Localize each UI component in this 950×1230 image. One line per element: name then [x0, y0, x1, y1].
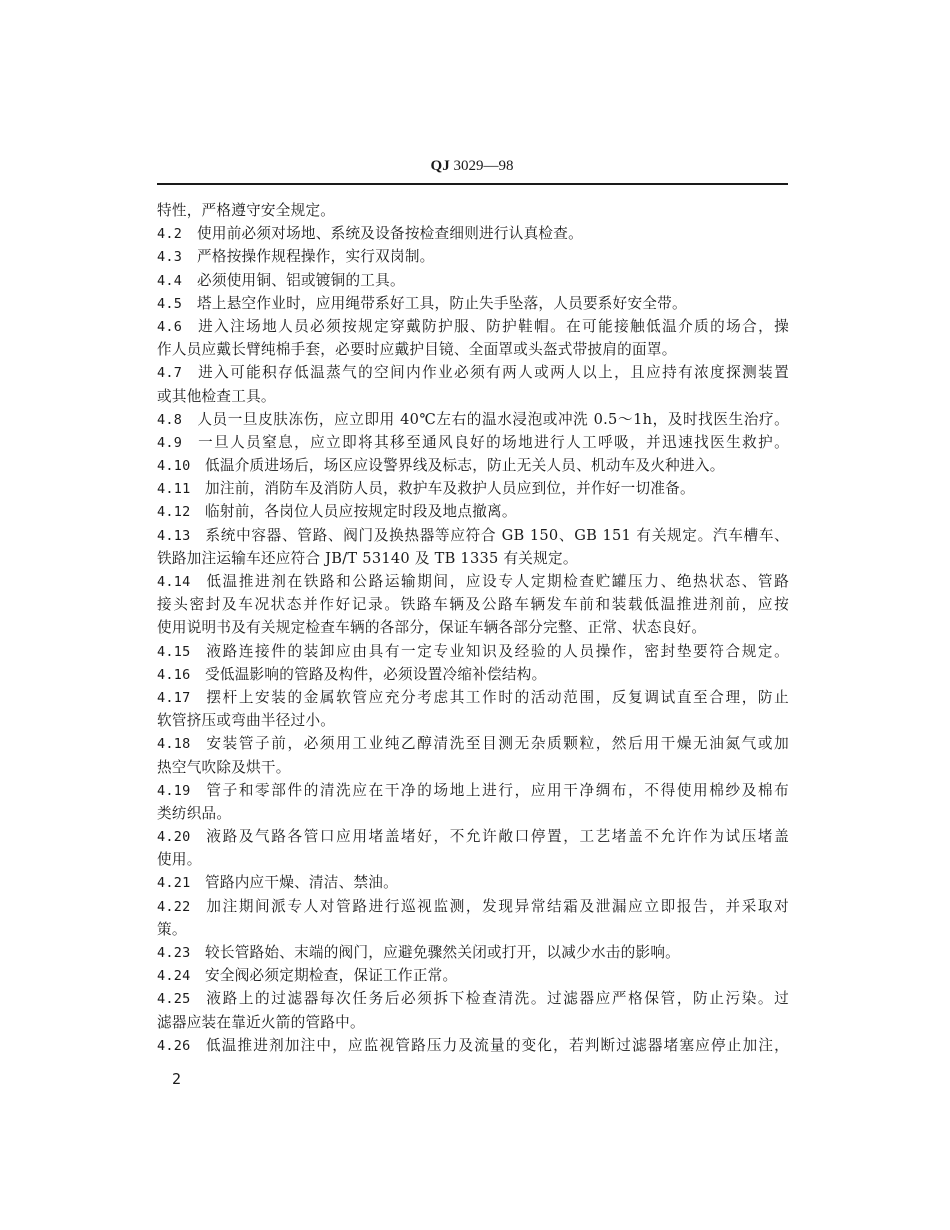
clause-text: 较长管路始、末端的阀门，应避免骤然关闭或打开，以减少水击的影响。	[205, 944, 680, 961]
clause-line: 4.19管子和零部件的清洗应在干净的场地上进行，应用干净绸布，不得使用棉纱及棉布	[157, 779, 789, 802]
clause-line: 4.13系统中容器、管路、阀门及换热器等应符合 GB 150、GB 151 有关…	[157, 524, 789, 547]
clause-line: 4.9一旦人员窒息，应立即将其移至通风良好的场地进行人工呼吸，并迅速找医生救护。	[157, 431, 789, 454]
continuation-line: 热空气吹除及烘干。	[157, 756, 789, 779]
clause-line: 4.14低温推进剂在铁路和公路运输期间，应设专人定期检查贮罐压力、绝热状态、管路	[157, 570, 789, 593]
clause-line: 4.12临射前，各岗位人员应按规定时段及地点撤离。	[157, 500, 789, 523]
clause-number: 4.6	[157, 316, 185, 339]
continuation-line: 或其他检查工具。	[157, 385, 789, 408]
clause-number: 4.23	[157, 942, 193, 965]
clause-number: 4.21	[157, 872, 193, 895]
clause-text: 必须使用铜、铝或镀铜的工具。	[197, 272, 405, 289]
clause-text: 类纺织品。	[157, 805, 231, 822]
clause-line: 4.10低温介质进场后，场区应设警界线及标志，防止无关人员、机动车及火种进入。	[157, 454, 789, 477]
clause-text: 或其他检查工具。	[157, 388, 276, 405]
clause-line: 4.24安全阀必须定期检查，保证工作正常。	[157, 964, 789, 987]
clause-text: 管路内应干燥、清洁、禁油。	[205, 874, 398, 891]
clause-number: 4.8	[157, 409, 185, 432]
clause-text: 临射前，各岗位人员应按规定时段及地点撤离。	[205, 503, 517, 520]
clause-text: 摆杆上安装的金属软管应充分考虑其工作时的活动范围，反复调试直至合理，防止	[205, 689, 789, 706]
clause-line: 4.3严格按操作规程操作，实行双岗制。	[157, 245, 789, 268]
clause-number: 4.10	[157, 455, 193, 478]
continuation-line: 类纺织品。	[157, 802, 789, 825]
clause-text: 使用说明书及有关规定检查车辆的各部分，保证车辆各部分完整、正常、状态良好。	[157, 619, 706, 636]
clause-text: 严格按操作规程操作，实行双岗制。	[197, 248, 435, 265]
continuation-line: 作人员应戴长臂纯棉手套，必要时应戴护目镜、全面罩或头盔式带披肩的面罩。	[157, 338, 789, 361]
clause-text: 进入可能积存低温蒸气的空间内作业必须有两人或两人以上，且应持有浓度探测装置	[197, 364, 789, 381]
clause-number: 4.3	[157, 246, 185, 269]
continuation-line: 接头密封及车况状态并作好记录。铁路车辆及公路车辆发车前和装载低温推进剂前，应按	[157, 593, 789, 616]
document-body: 特性，严格遵守安全规定。4.2使用前必须对场地、系统及设备按检查细则进行认真检查…	[157, 199, 789, 1057]
continuation-line: 滤器应装在靠近火箭的管路中。	[157, 1011, 789, 1034]
clause-text: 加注期间派专人对管路进行巡视监测，发现异常结霜及泄漏应立即报告，并采取对	[205, 898, 789, 915]
clause-text: 软管挤压或弯曲半径过小。	[157, 712, 335, 729]
clause-text: 安装管子前，必须用工业纯乙醇清洗至目测无杂质颗粒，然后用干燥无油氮气或加	[205, 735, 789, 752]
clause-number: 4.26	[157, 1035, 193, 1058]
clause-text: 受低温影响的管路及构件，必须设置冷缩补偿结构。	[205, 666, 546, 683]
clause-text: 塔上悬空作业时，应用绳带系好工具，防止失手坠落，人员要系好安全带。	[197, 295, 687, 312]
clause-text: 策。	[157, 921, 187, 938]
clause-text: 一旦人员窒息，应立即将其移至通风良好的场地进行人工呼吸，并迅速找医生救护。	[197, 434, 789, 451]
clause-text: 铁路加注运输车还应符合 JB/T 53140 及 TB 1335 有关规定。	[157, 550, 578, 567]
clause-number: 4.18	[157, 733, 193, 756]
clause-line: 4.18安装管子前，必须用工业纯乙醇清洗至目测无杂质颗粒，然后用干燥无油氮气或加	[157, 732, 789, 755]
clause-number: 4.24	[157, 965, 193, 988]
clause-text: 液路上的过滤器每次任务后必须拆下检查清洗。过滤器应严格保管，防止污染。过	[205, 990, 789, 1007]
clause-text: 使用前必须对场地、系统及设备按检查细则进行认真检查。	[197, 225, 583, 242]
clause-text: 低温推进剂加注中，应监视管路压力及流量的变化，若判断过滤器堵塞应停止加注，	[205, 1037, 789, 1054]
clause-text: 液路及气路各管口应用堵盖堵好，不允许敞口停置，工艺堵盖不允许作为试压堵盖	[205, 828, 789, 845]
clause-number: 4.7	[157, 362, 185, 385]
continuation-line: 铁路加注运输车还应符合 JB/T 53140 及 TB 1335 有关规定。	[157, 547, 789, 570]
standard-code: QJ	[431, 158, 450, 174]
clause-text: 安全阀必须定期检查，保证工作正常。	[205, 967, 457, 984]
clause-number: 4.16	[157, 664, 193, 687]
clause-line: 4.21管路内应干燥、清洁、禁油。	[157, 871, 789, 894]
clause-text: 人员一旦皮肤冻伤，应立即用 40℃左右的温水浸泡或冲洗 0.5～1h，及时找医生…	[197, 411, 789, 428]
clause-number: 4.9	[157, 432, 185, 455]
clause-number: 4.4	[157, 270, 185, 293]
clause-line: 4.22加注期间派专人对管路进行巡视监测，发现异常结霜及泄漏应立即报告，并采取对	[157, 895, 789, 918]
clause-line: 4.26低温推进剂加注中，应监视管路压力及流量的变化，若判断过滤器堵塞应停止加注…	[157, 1034, 789, 1057]
continuation-line: 软管挤压或弯曲半径过小。	[157, 709, 789, 732]
clause-number: 4.11	[157, 478, 193, 501]
clause-number: 4.13	[157, 525, 193, 548]
continuation-line: 使用。	[157, 848, 789, 871]
clause-number: 4.25	[157, 988, 193, 1011]
clause-line: 4.15液路连接件的装卸应由具有一定专业知识及经验的人员操作，密封垫要符合规定。	[157, 640, 789, 663]
clause-line: 4.16受低温影响的管路及构件，必须设置冷缩补偿结构。	[157, 663, 789, 686]
clause-number: 4.22	[157, 896, 193, 919]
clause-number: 4.19	[157, 780, 193, 803]
clause-number: 4.15	[157, 641, 193, 664]
continuation-line: 使用说明书及有关规定检查车辆的各部分，保证车辆各部分完整、正常、状态良好。	[157, 616, 789, 639]
clause-line: 4.20液路及气路各管口应用堵盖堵好，不允许敞口停置，工艺堵盖不允许作为试压堵盖	[157, 825, 789, 848]
clause-text: 接头密封及车况状态并作好记录。铁路车辆及公路车辆发车前和装载低温推进剂前，应按	[157, 596, 789, 613]
clause-text: 管子和零部件的清洗应在干净的场地上进行，应用干净绸布，不得使用棉纱及棉布	[205, 782, 789, 799]
clause-text: 进入注场地人员必须按规定穿戴防护服、防护鞋帽。在可能接触低温介质的场合，操	[197, 318, 789, 335]
clause-line: 4.25液路上的过滤器每次任务后必须拆下检查清洗。过滤器应严格保管，防止污染。过	[157, 987, 789, 1010]
clause-text: 低温推进剂在铁路和公路运输期间，应设专人定期检查贮罐压力、绝热状态、管路	[205, 573, 789, 590]
clause-text: 低温介质进场后，场区应设警界线及标志，防止无关人员、机动车及火种进入。	[205, 457, 725, 474]
clause-number: 4.17	[157, 687, 193, 710]
clause-text: 作人员应戴长臂纯棉手套，必要时应戴护目镜、全面罩或头盔式带披肩的面罩。	[157, 341, 677, 358]
clause-text: 使用。	[157, 851, 202, 868]
clause-number: 4.14	[157, 571, 193, 594]
clause-line: 4.7进入可能积存低温蒸气的空间内作业必须有两人或两人以上，且应持有浓度探测装置	[157, 361, 789, 384]
clause-text: 特性，严格遵守安全规定。	[157, 202, 335, 219]
clause-number: 4.2	[157, 223, 185, 246]
clause-line: 4.8人员一旦皮肤冻伤，应立即用 40℃左右的温水浸泡或冲洗 0.5～1h，及时…	[157, 408, 789, 431]
standard-number: 3029—98	[453, 158, 513, 174]
clause-text: 液路连接件的装卸应由具有一定专业知识及经验的人员操作，密封垫要符合规定。	[205, 643, 789, 660]
clause-text: 热空气吹除及烘干。	[157, 759, 291, 776]
clause-number: 4.20	[157, 826, 193, 849]
clause-line: 4.17摆杆上安装的金属软管应充分考虑其工作时的活动范围，反复调试直至合理，防止	[157, 686, 789, 709]
clause-line: 4.2使用前必须对场地、系统及设备按检查细则进行认真检查。	[157, 222, 789, 245]
clause-line: 4.6进入注场地人员必须按规定穿戴防护服、防护鞋帽。在可能接触低温介质的场合，操	[157, 315, 789, 338]
continuation-line: 策。	[157, 918, 789, 941]
continuation-line: 特性，严格遵守安全规定。	[157, 199, 789, 222]
page-number: 2	[172, 1070, 181, 1088]
page-header: QJ 3029—98	[157, 158, 787, 175]
clause-line: 4.4必须使用铜、铝或镀铜的工具。	[157, 269, 789, 292]
clause-number: 4.12	[157, 501, 193, 524]
clause-text: 系统中容器、管路、阀门及换热器等应符合 GB 150、GB 151 有关规定。汽…	[205, 527, 789, 544]
clause-text: 加注前，消防车及消防人员，救护车及救护人员应到位，并作好一切准备。	[205, 480, 695, 497]
clause-line: 4.5塔上悬空作业时，应用绳带系好工具，防止失手坠落，人员要系好安全带。	[157, 292, 789, 315]
header-rule	[157, 183, 788, 185]
clause-line: 4.11加注前，消防车及消防人员，救护车及救护人员应到位，并作好一切准备。	[157, 477, 789, 500]
clause-number: 4.5	[157, 293, 185, 316]
clause-text: 滤器应装在靠近火箭的管路中。	[157, 1014, 365, 1031]
clause-line: 4.23较长管路始、末端的阀门，应避免骤然关闭或打开，以减少水击的影响。	[157, 941, 789, 964]
